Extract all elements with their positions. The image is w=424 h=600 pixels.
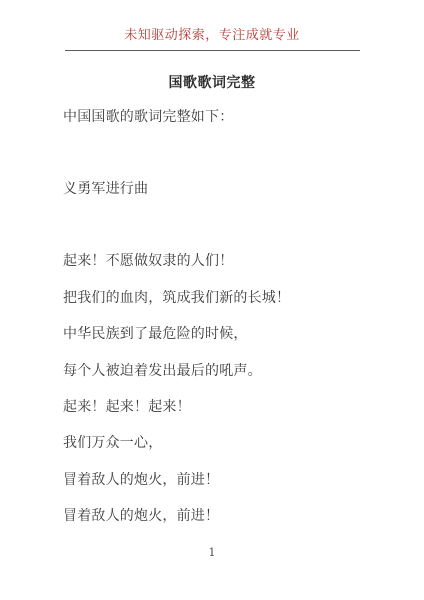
lyric-line: 起来！起来！起来！	[63, 399, 191, 414]
page-header-slogan: 未知驱动探索，专注成就专业	[0, 27, 424, 44]
header-divider-line	[65, 50, 360, 51]
song-title-line: 义勇军进行曲	[63, 181, 148, 196]
lyric-line: 中华民族到了最危险的时候，	[63, 326, 248, 341]
page-number: 1	[0, 546, 424, 559]
lyric-line: 把我们的血肉，筑成我们新的长城！	[63, 290, 290, 305]
lyric-line: 每个人被迫着发出最后的吼声。	[63, 363, 262, 378]
lyric-line: 冒着敌人的炮火，前进！	[63, 508, 219, 523]
lyric-line: 冒着敌人的炮火，前进！	[63, 472, 219, 487]
lyric-line: 我们万众一心，	[63, 435, 162, 450]
document-title: 国歌歌词完整	[0, 72, 424, 92]
lyric-line: 起来！不愿做奴隶的人们！	[63, 253, 233, 268]
document-page: 未知驱动探索，专注成就专业 国歌歌词完整 中国国歌的歌词完整如下： 义勇军进行曲…	[0, 0, 424, 600]
intro-line: 中国国歌的歌词完整如下：	[63, 109, 233, 124]
